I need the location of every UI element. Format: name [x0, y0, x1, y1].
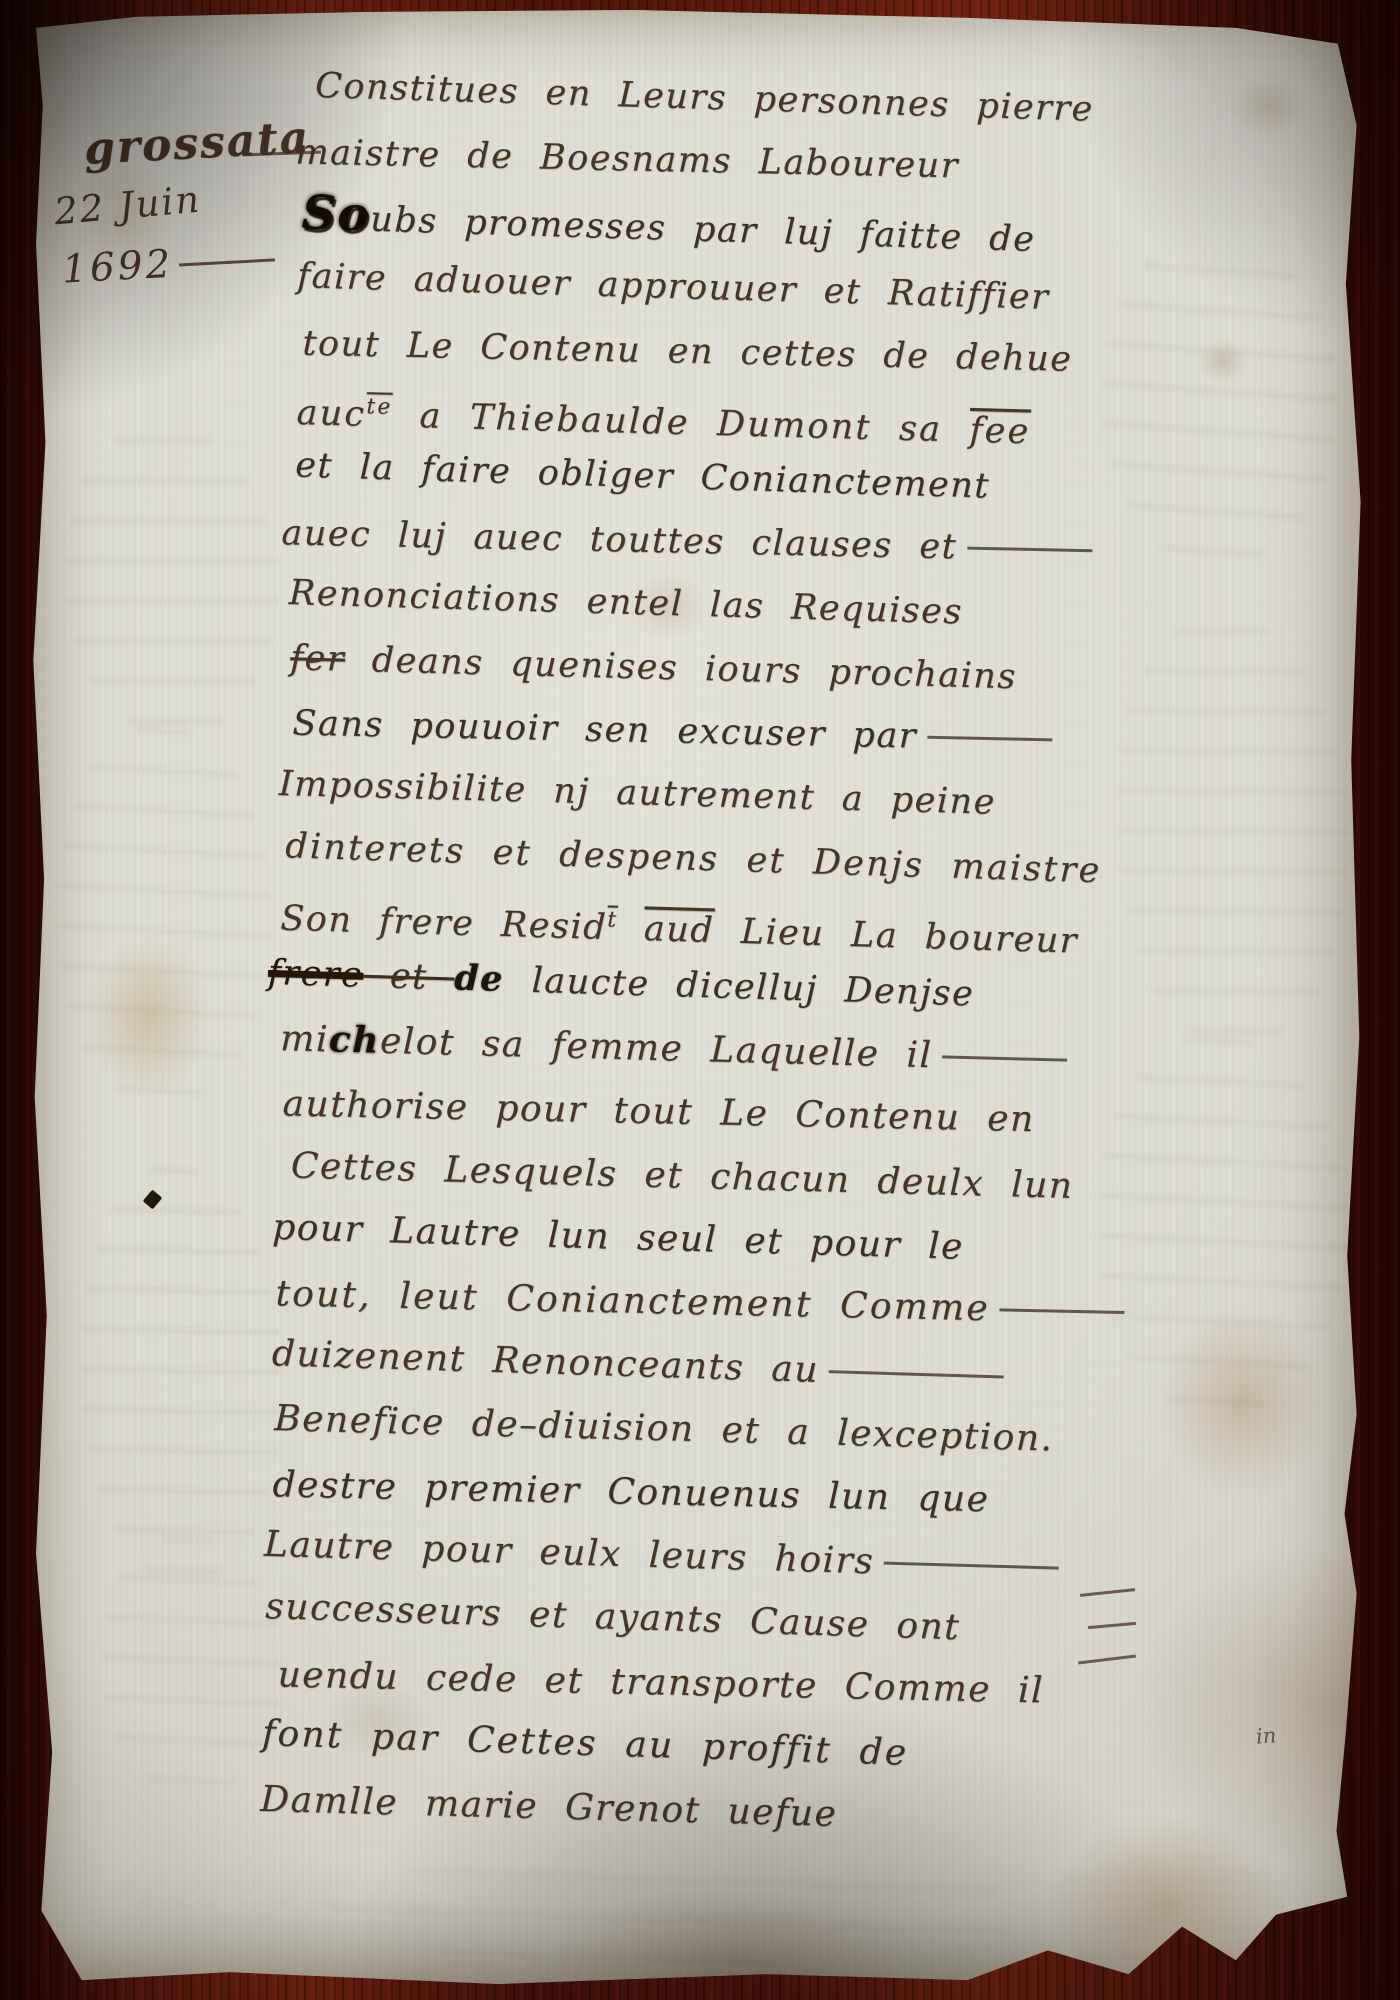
ink-text: Son frere Resid	[280, 899, 608, 948]
ink-text: elot sa femme Laquelle il	[379, 1021, 933, 1076]
ink-text: deans quenises iours prochains	[345, 639, 1018, 697]
ink-text: ch	[328, 1018, 380, 1061]
ink-text: font par Cettes au proffit de	[261, 1713, 908, 1774]
ink-text: authorise pour tout Le Contenu en	[282, 1084, 1035, 1141]
photo-background: grossata 22 Juin 1692 Constitues en Leur…	[0, 0, 1400, 2000]
ink-text: frere	[267, 953, 364, 996]
ink-text: Impossibilite nj autrement a peine	[278, 764, 996, 823]
ink-text: tout Le Contenu en cettes de dehue	[302, 323, 1073, 379]
ink-text: Lautre pour eulx leurs hoirs	[263, 1524, 874, 1583]
ink-text: aud	[643, 909, 714, 951]
ink-text: Renonciations entel las Requises	[288, 573, 963, 632]
ink-text	[617, 908, 645, 949]
manuscript-text: Constitues en Leurs personnes pierre mai…	[244, 56, 1170, 1853]
ink-text: de	[454, 958, 533, 1001]
ink-text: faire aduouer approuuer et Ratiffier	[297, 256, 1050, 318]
ink-text	[1000, 1309, 1125, 1315]
ink-text: et la faire obliger Conianctement	[295, 446, 991, 507]
ink-text: Sans pouuoir sen excuser par	[292, 703, 917, 756]
ink-text	[884, 1562, 1059, 1570]
ink-text: te	[366, 394, 393, 420]
ink-text: auec luj auec touttes clauses et	[281, 513, 957, 567]
ink-text	[829, 1370, 1004, 1378]
ink-text: So	[301, 185, 371, 242]
ink-text: tout, leut Conianctement Comme	[275, 1274, 990, 1330]
ink-text: mi	[280, 1018, 330, 1060]
ink-text: Cettes Lesquels et chacun deulx lun	[290, 1145, 1074, 1206]
ink-stroke	[179, 258, 275, 266]
ink-text: laucte dicelluj Denjse	[531, 961, 975, 1015]
ink-text: maistre de Boesnams Laboureur	[295, 133, 959, 187]
margin-mark-bottom-right: in	[1255, 1723, 1277, 1748]
ink-text: duizenent Renonceants au	[271, 1333, 819, 1391]
margin-note-grossata: grossata	[83, 112, 312, 175]
ink-text: dinterets et despens et Denjs maistre	[285, 826, 1102, 891]
ink-text: fer	[290, 638, 346, 679]
manuscript-page: grossata 22 Juin 1692 Constitues en Leur…	[28, 6, 1370, 1990]
ink-text: successeurs et ayants Cause ont	[265, 1586, 961, 1648]
ink-text: destre premier Conuenus lun que	[272, 1464, 990, 1520]
margin-year-text: 1692	[61, 242, 174, 293]
ink-text	[927, 736, 1052, 742]
ink-text: Constitues en Leurs personnes pierre	[315, 66, 1095, 130]
margin-note-year: 1692	[61, 236, 276, 292]
ink-text: pour Lautre lun seul et pour le	[272, 1207, 965, 1268]
ink-text	[942, 1055, 1067, 1061]
ink-text: Benefice de–diuision et a lexception.	[274, 1398, 1054, 1459]
ink-text: et	[363, 956, 455, 999]
ink-text: auc	[296, 393, 367, 435]
ink-text: Lieu La boureur	[714, 911, 1079, 961]
ink-text: fee	[969, 411, 1031, 453]
ink-text: uendu cede et transporte Comme il	[277, 1654, 1044, 1711]
ink-text: Damlle marie Grenot uefue	[260, 1778, 838, 1834]
margin-note-date: 22 Juin	[52, 178, 202, 234]
ink-text	[967, 546, 1092, 552]
